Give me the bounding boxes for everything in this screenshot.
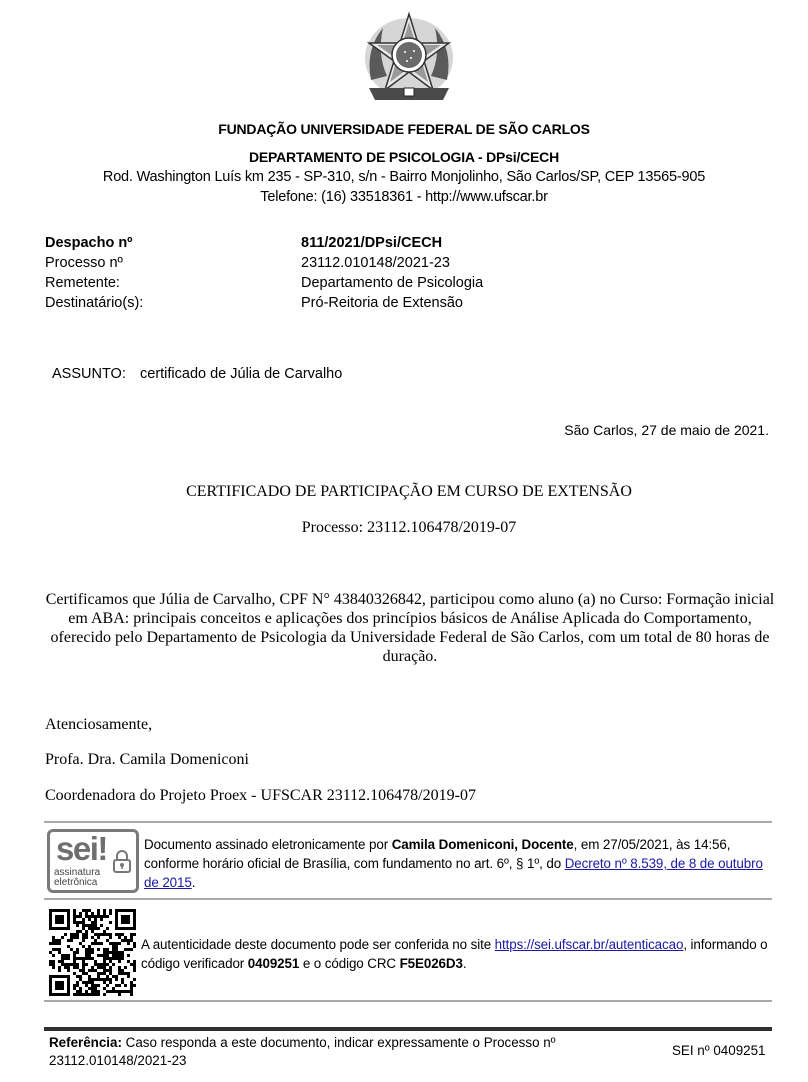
sig-text-prefix: Documento assinado eletronicamente por (144, 837, 392, 852)
sei-logo-sub-2: eletrônica (54, 878, 100, 888)
auth-text-mid2: e o código CRC (299, 956, 399, 971)
meta-value: 811/2021/DPsi/CECH (301, 235, 442, 251)
auth-text-suffix: . (463, 956, 467, 971)
brazil-coat-of-arms-icon (361, 10, 457, 108)
reference-text: Caso responda a este documento, indicar … (49, 1035, 556, 1068)
date-line: São Carlos, 27 de maio de 2021. (564, 422, 769, 438)
reference-note: Referência: Caso responda a este documen… (49, 1034, 609, 1070)
divider (44, 898, 772, 900)
meta-label: Processo nº (45, 255, 123, 271)
closing-salutation: Atenciosamente, (45, 716, 152, 734)
meta-value: Pró-Reitoria de Extensão (301, 295, 463, 311)
footer-divider (44, 1027, 772, 1031)
reference-label: Referência: (49, 1035, 122, 1050)
subject-value: certificado de Júlia de Carvalho (140, 366, 342, 382)
address: Rod. Washington Luís km 235 - SP-310, s/… (0, 169, 808, 185)
divider (44, 821, 772, 823)
crc-code: F5E026D3 (400, 956, 463, 971)
divider (44, 1000, 772, 1002)
meta-label: Destinatário(s): (45, 295, 143, 311)
sei-electronic-signature-icon: sei! assinatura eletrônica (47, 829, 139, 893)
department-name: DEPARTAMENTO DE PSICOLOGIA - DPsi/CECH (0, 149, 808, 165)
subject-line: ASSUNTO:certificado de Júlia de Carvalho (52, 366, 342, 382)
meta-value: Departamento de Psicologia (301, 275, 483, 291)
phone-website: Telefone: (16) 33518361 - http://www.ufs… (0, 189, 808, 205)
certificate-title: CERTIFICADO DE PARTICIPAÇÃO EM CURSO DE … (0, 483, 808, 501)
subject-label: ASSUNTO: (52, 366, 140, 382)
sei-logo-subtitle: assinatura eletrônica (54, 868, 100, 888)
authenticity-statement: A autenticidade deste documento pode ser… (141, 935, 781, 973)
sig-signer: Camila Domeniconi, Docente (392, 837, 574, 852)
qr-code-icon (49, 909, 136, 996)
lock-icon (112, 850, 132, 874)
sei-logo-word: sei! (56, 830, 107, 868)
meta-value: 23112.010148/2021-23 (301, 255, 450, 271)
signature-statement: Documento assinado eletronicamente por C… (144, 835, 774, 892)
meta-label: Despacho nº (45, 235, 132, 251)
meta-label: Remetente: (45, 275, 120, 291)
organization-name: FUNDAÇÃO UNIVERSIDADE FEDERAL DE SÃO CAR… (0, 121, 808, 137)
signer-role: Coordenadora do Projeto Proex - UFSCAR 2… (45, 787, 476, 805)
sig-text-suffix: . (192, 875, 196, 890)
certificate-process: Processo: 23112.106478/2019-07 (0, 519, 808, 537)
authentication-link[interactable]: https://sei.ufscar.br/autenticacao (495, 937, 684, 952)
verifier-code: 0409251 (248, 956, 299, 971)
auth-text-prefix: A autenticidade deste documento pode ser… (141, 937, 495, 952)
signer-name: Profa. Dra. Camila Domeniconi (45, 751, 249, 769)
sei-number: SEI nº 0409251 (672, 1043, 766, 1058)
certificate-body: Certificamos que Júlia de Carvalho, CPF … (42, 590, 778, 666)
